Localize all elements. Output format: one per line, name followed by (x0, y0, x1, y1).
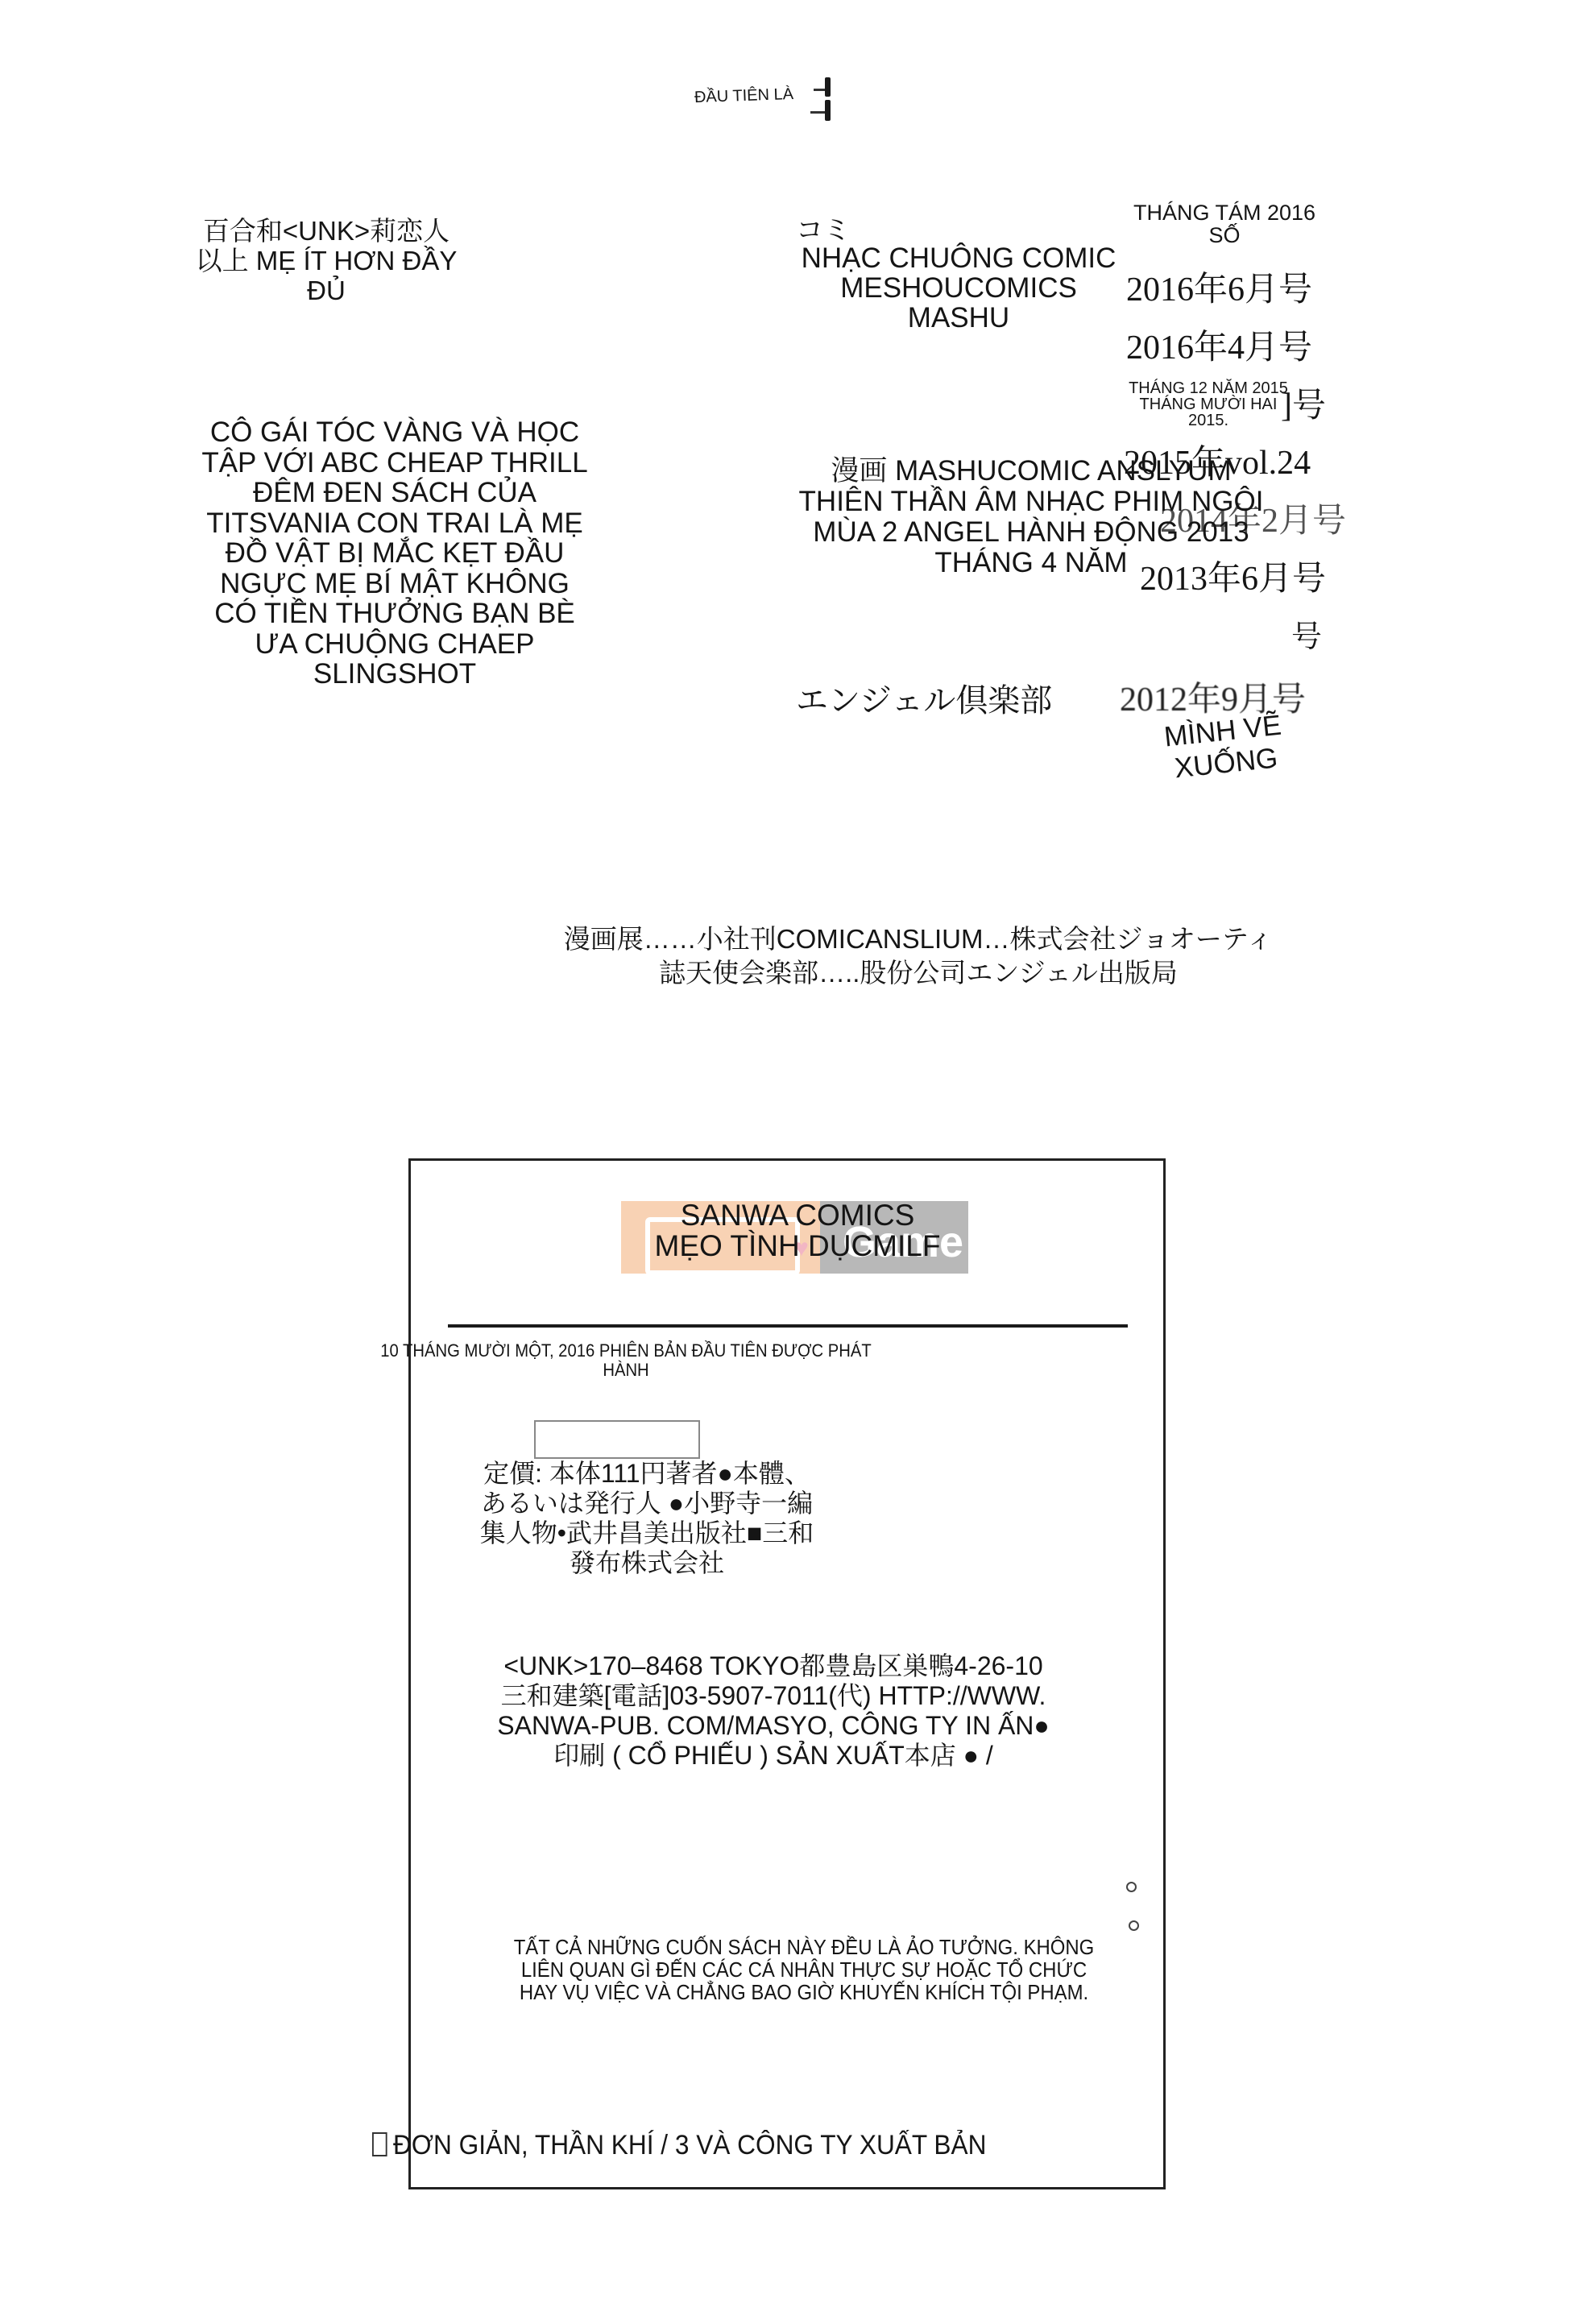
publisher-address: <UNK>170–8468 TOKYO都豊島区巣鴨4-26-10 三和建築[電話… (451, 1651, 1096, 1771)
story-list-line: ĐÊM ĐEN SÁCH CỦA (177, 478, 612, 508)
magazine-list-line: THIÊN THẦN ÂM NHẠC PHIM NGÔI (749, 487, 1313, 517)
first-edition-line: 10 THÁNG MƯỜI MỘT, 2016 PHIÊN BẢN ĐẦU TI… (367, 1341, 885, 1361)
magazine-list-line: THÁNG 4 NĂM (749, 548, 1313, 578)
issue-date-aug: THÁNG TÁM 2016 SỐ (1112, 201, 1337, 246)
series-title-line: 以上 MẸ ÍT HƠN ĐẦY (161, 246, 491, 275)
issue-date-dec: THÁNG 12 NĂM 2015 THÁNG MƯỜI HAI 2015. (1104, 380, 1313, 429)
story-list-line: TẬP VỚI ABC CHEAP THRILL (177, 448, 612, 478)
issue-date-line: THÁNG 12 NĂM 2015 (1104, 380, 1313, 396)
disclaimer-line: HAY VỤ VIỆC VÀ CHẲNG BAO GIỜ KHUYẾN KHÍC… (478, 1981, 1130, 2003)
issue-date: 2016年4月号 (1126, 321, 1312, 369)
staff-credits: 定價: 本体111円著者●本體、 あるいは発行人 ●小野寺一編 集人物•武井昌美… (445, 1459, 848, 1578)
address-line: 三和建築[電話]03-5907-7011(代) HTTP://WWW. (451, 1681, 1096, 1711)
circle-icon (1129, 1920, 1139, 1931)
address-line: 印刷 ( CỔ PHIẾU ) SẢN XUẤT本店 ● / (451, 1741, 1096, 1771)
magazine-list: 漫画 MASHUCOMIC ANSLYUM THIÊN THẦN ÂM NHẠC… (749, 456, 1313, 578)
issue-date-line: SỐ (1112, 224, 1337, 246)
story-list: CÔ GÁI TÓC VÀNG VÀ HỌC TẬP VỚI ABC CHEAP… (177, 417, 612, 690)
magazine-brand: NHẠC CHUÔNG COMIC MESHOUCOMICS MASHU (781, 243, 1136, 333)
issue-date-line: 2015. (1104, 412, 1313, 429)
angel-club-label: エンジェル倶楽部 (796, 675, 1052, 721)
fiction-disclaimer: TẤT CẢ NHỮNG CUỐN SÁCH NÀY ĐỀU LÀ ẢO TƯỞ… (478, 1936, 1130, 2003)
magazine-brand-line: MESHOUCOMICS (781, 273, 1136, 303)
header-label: ĐẦU TIÊN LÀ (694, 85, 794, 107)
credits-line: 漫画展……小社刊COMICANSLIUM…株式会社ジョオーティ (483, 922, 1353, 956)
staff-line: 發布株式会社 (445, 1548, 848, 1578)
address-line: SANWA-PUB. COM/MASYO, CÔNG TY IN ẤN● (451, 1711, 1096, 1741)
series-title-line: 百合和<UNK>莉恋人 (161, 216, 491, 246)
price-box (534, 1420, 700, 1459)
magazine-brand-line: MASHU (781, 303, 1136, 333)
divider (448, 1324, 1128, 1328)
issue-date: 2016年6月号 (1126, 263, 1312, 311)
first-edition-line: HÀNH (367, 1361, 885, 1380)
circle-icon (1126, 1882, 1137, 1892)
story-list-line: NGỰC MẸ BÍ MẬT KHÔNG (177, 569, 612, 599)
publisher-footer-text: ĐƠN GIẢN, THẦN KHÍ / 3 VÀ CÔNG TY XUẤT B… (393, 2130, 986, 2160)
magazine-brand-line: NHẠC CHUÔNG COMIC (781, 243, 1136, 273)
issue-date-line: THÁNG MƯỜI HAI (1104, 396, 1313, 412)
book-title-line: MẸO TÌNH DỤCMILF (564, 1231, 1031, 1261)
story-list-line: CÓ TIỀN THƯỞNG BẠN BÈ (177, 599, 612, 629)
disclaimer-line: LIÊN QUAN GÌ ĐẾN CÁC CÁ NHÂN THỰC SỰ HOẶ… (478, 1958, 1130, 1981)
issue-date-line: THÁNG TÁM 2016 (1112, 201, 1337, 224)
staff-line: あるいは発行人 ●小野寺一編 (445, 1489, 848, 1518)
square-icon (372, 2132, 387, 2156)
story-list-line: SLINGSHOT (177, 659, 612, 690)
book-title: SANWA COMICS MẸO TÌNH DỤCMILF (564, 1200, 1031, 1261)
comi-label: コミ (796, 208, 851, 247)
credits-line: 誌天使会楽部…..股份公司エンジェル出版局 (483, 956, 1353, 990)
kanji-fragment-icon (814, 77, 833, 122)
publisher-footer: ĐƠN GIẢN, THẦN KHÍ / 3 VÀ CÔNG TY XUẤT B… (372, 2130, 986, 2161)
story-list-line: CÔ GÁI TÓC VÀNG VÀ HỌC (177, 417, 612, 448)
staff-line: 集人物•武井昌美出版社■三和 (445, 1518, 848, 1548)
magazine-list-line: MÙA 2 ANGEL HÀNH ĐỘNG 2013 (749, 517, 1313, 548)
address-line: <UNK>170–8468 TOKYO都豊島区巣鴨4-26-10 (451, 1651, 1096, 1681)
disclaimer-line: TẤT CẢ NHỮNG CUỐN SÁCH NÀY ĐỀU LÀ ẢO TƯỞ… (478, 1936, 1130, 1958)
series-title: 百合和<UNK>莉恋人 以上 MẸ ÍT HƠN ĐẦY ĐỦ (161, 216, 491, 305)
first-edition-date: 10 THÁNG MƯỜI MỘT, 2016 PHIÊN BẢN ĐẦU TI… (367, 1341, 885, 1380)
staff-line: 定價: 本体111円著者●本體、 (445, 1459, 848, 1489)
story-list-line: ĐỒ VẬT BỊ MẮC KẸT ĐẦU (177, 538, 612, 569)
book-title-line: SANWA COMICS (564, 1200, 1031, 1231)
story-list-line: TITSVANIA CON TRAI LÀ MẸ (177, 508, 612, 539)
issue-date: 号 (1291, 611, 1322, 656)
magazine-list-line: 漫画 MASHUCOMIC ANSLYUM (749, 456, 1313, 487)
story-list-line: ƯA CHUỘNG CHAEP (177, 629, 612, 660)
series-title-line: ĐỦ (161, 275, 491, 305)
publication-credits: 漫画展……小社刊COMICANSLIUM…株式会社ジョオーティ 誌天使会楽部….… (483, 922, 1353, 990)
